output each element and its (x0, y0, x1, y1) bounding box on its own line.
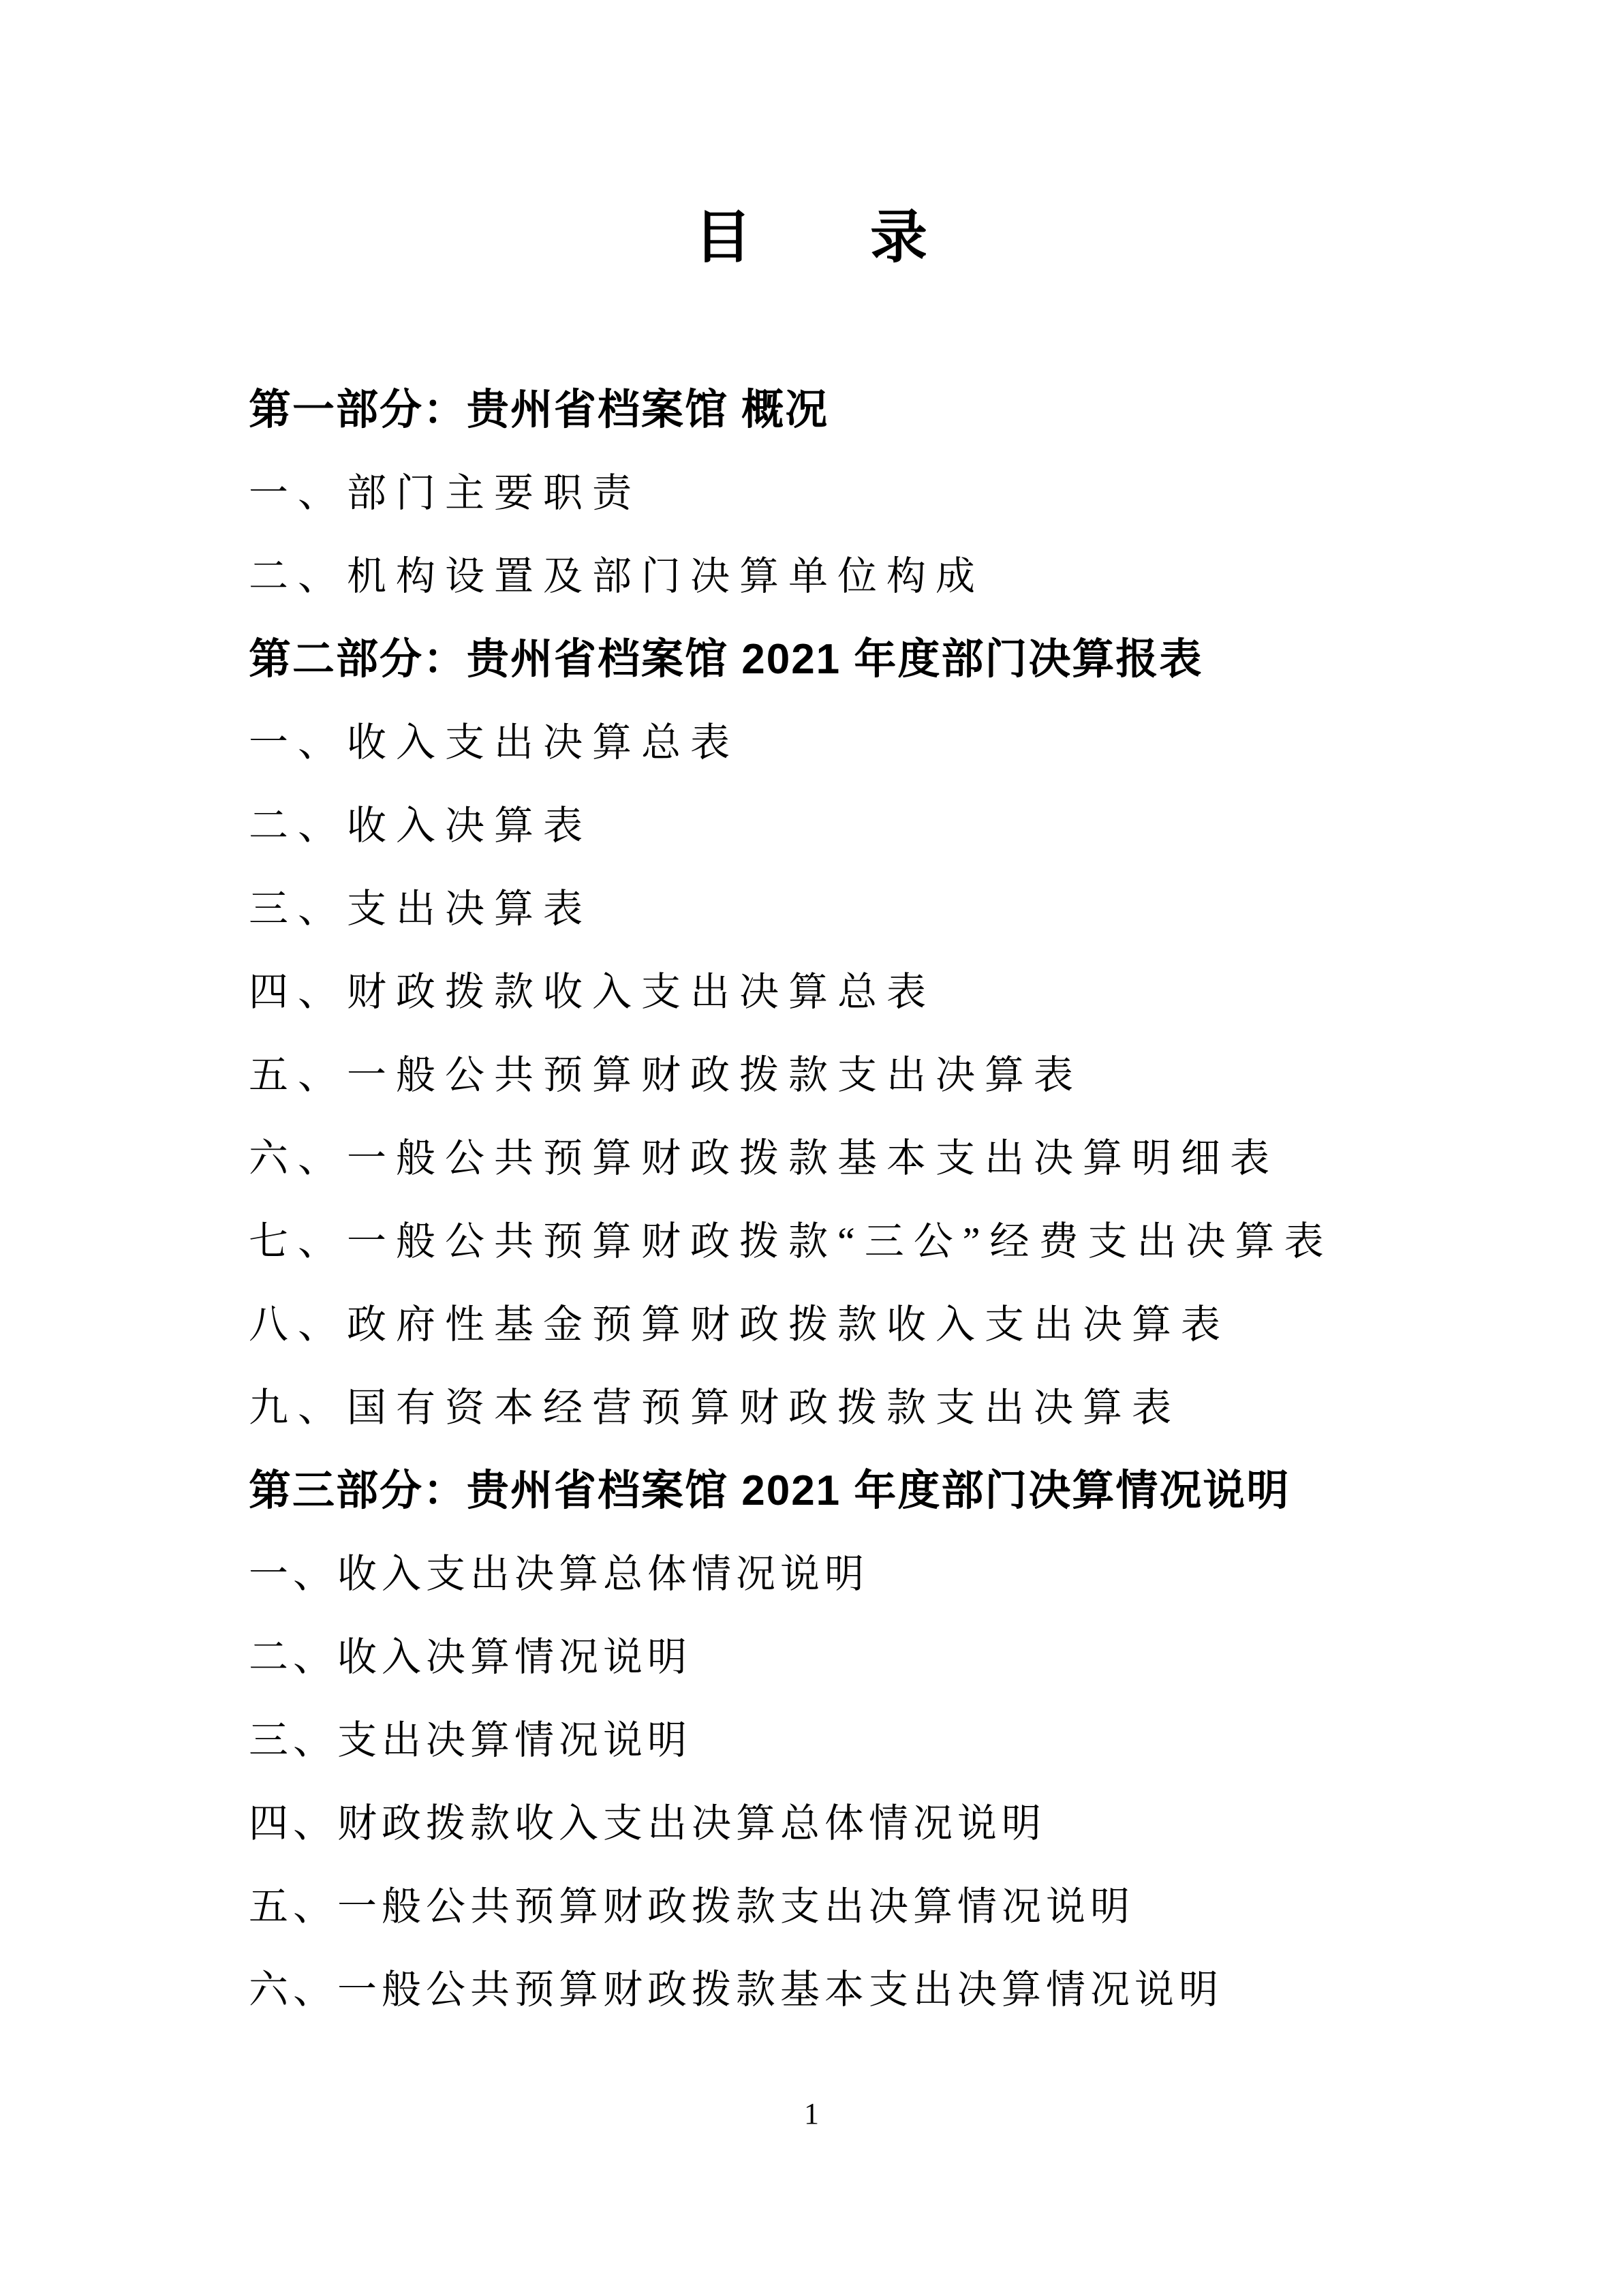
document-page: 目 录 第一部分：贵州省档案馆 概况 一、部门主要职责 二、机构设置及部门决算单… (0, 0, 1623, 2296)
toc-item-3-4: 四、财政拨款收入支出决算总体情况说明 (249, 1802, 1534, 1846)
table-of-contents: 第一部分：贵州省档案馆 概况 一、部门主要职责 二、机构设置及部门决算单位构成 … (249, 388, 1534, 2012)
toc-item-3-1: 一、收入支出决算总体情况说明 (249, 1552, 1534, 1596)
toc-item-2-9: 九、国有资本经营预算财政拨款支出决算表 (249, 1386, 1534, 1430)
toc-section-2-heading: 第二部分：贵州省档案馆 2021 年度部门决算报表 (249, 638, 1534, 682)
toc-item-2-5: 五、一般公共预算财政拨款支出决算表 (249, 1054, 1534, 1097)
toc-item-2-7: 七、一般公共预算财政拨款“三公”经费支出决算表 (249, 1220, 1534, 1264)
toc-item-2-3: 三、支出决算表 (249, 887, 1534, 931)
toc-item-2-8: 八、政府性基金预算财政拨款收入支出决算表 (249, 1303, 1534, 1347)
toc-item-2-2: 二、收入决算表 (249, 804, 1534, 848)
toc-item-3-2: 二、收入决算情况说明 (249, 1636, 1534, 1679)
toc-item-1-1: 一、部门主要职责 (249, 472, 1534, 515)
toc-item-2-6: 六、一般公共预算财政拨款基本支出决算明细表 (249, 1137, 1534, 1180)
toc-section-3-heading: 第三部分：贵州省档案馆 2021 年度部门决算情况说明 (249, 1469, 1534, 1513)
toc-section-1-heading: 第一部分：贵州省档案馆 概况 (249, 388, 1534, 432)
toc-item-2-1: 一、收入支出决算总表 (249, 721, 1534, 765)
toc-item-3-6: 六、一般公共预算财政拨款基本支出决算情况说明 (249, 1968, 1534, 2012)
toc-item-3-3: 三、支出决算情况说明 (249, 1719, 1534, 1762)
page-number: 1 (0, 2097, 1623, 2131)
toc-item-1-2: 二、机构设置及部门决算单位构成 (249, 555, 1534, 598)
toc-item-3-5: 五、一般公共预算财政拨款支出决算情况说明 (249, 1885, 1534, 1929)
toc-item-2-4: 四、财政拨款收入支出决算总表 (249, 970, 1534, 1014)
page-title: 目 录 (0, 204, 1623, 270)
